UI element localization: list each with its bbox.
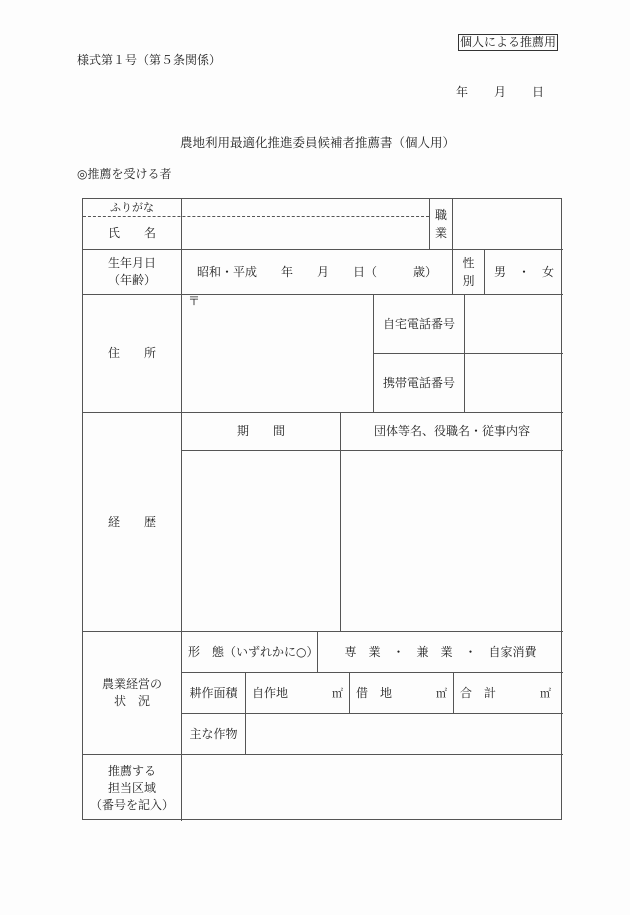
recommendation-form-table: ふりがな 氏 名 職 業 生年月日 （年齢） 昭和・平成 年 月 日（ 歳） 性…	[82, 198, 562, 820]
region-label: 推薦する 担当区域 （番号を記入）	[83, 755, 181, 821]
sex-field[interactable]: 男 ・ 女	[485, 250, 563, 294]
period-field[interactable]	[182, 451, 340, 631]
date-year: 年	[456, 83, 468, 100]
address-field[interactable]: 〒	[182, 295, 373, 412]
total-area-label: 合 計	[460, 685, 496, 702]
form-type-badge: 個人による推薦用	[458, 34, 558, 51]
home-phone-field[interactable]	[465, 295, 563, 353]
organization-header: 団体等名、役職名・従事内容	[341, 413, 563, 450]
farm-status-label: 農業経営の 状 況	[83, 632, 181, 754]
own-land-unit: ㎡	[332, 685, 343, 702]
farm-type-options[interactable]: 専 業 ・ 兼 業 ・ 自家消費	[318, 632, 563, 672]
region-field[interactable]	[182, 755, 563, 821]
name-label: 氏 名	[83, 217, 181, 249]
main-crops-label: 主な作物	[182, 714, 245, 754]
date-day: 日	[532, 83, 544, 100]
mobile-phone-label: 携帯電話番号	[374, 354, 464, 412]
furigana-field[interactable]	[182, 199, 428, 216]
birth-date-field[interactable]: 昭和・平成 年 月 日（ 歳）	[182, 250, 452, 294]
form-number: 様式第１号（第５条関係）	[77, 51, 221, 68]
home-phone-label: 自宅電話番号	[374, 295, 464, 353]
date-month: 月	[494, 83, 506, 100]
own-land-label: 自作地	[252, 685, 288, 702]
address-label: 住 所	[83, 295, 181, 412]
own-land-field[interactable]: 自作地 ㎡	[246, 673, 349, 713]
total-area-unit: ㎡	[540, 685, 551, 702]
main-crops-field[interactable]	[246, 714, 563, 754]
cultivated-area-label: 耕作面積	[182, 673, 245, 713]
career-label: 経 歴	[83, 413, 181, 631]
page-title: 農地利用最適化推進委員候補者推薦書（個人用）	[180, 133, 455, 151]
period-header: 期 間	[182, 413, 340, 450]
total-area-field[interactable]: 合 計 ㎡	[454, 673, 563, 713]
leased-land-unit: ㎡	[436, 685, 447, 702]
leased-land-label: 借 地	[356, 685, 392, 702]
leased-land-field[interactable]: 借 地 ㎡	[350, 673, 453, 713]
occupation-label: 職 業	[430, 199, 452, 249]
occupation-field[interactable]	[453, 199, 563, 249]
name-field[interactable]	[182, 217, 428, 249]
postal-mark: 〒	[188, 295, 200, 308]
sex-label: 性 別	[453, 250, 484, 294]
farm-type-label: 形 態（いずれかに○）	[182, 632, 317, 672]
furigana-label: ふりがな	[83, 199, 181, 216]
organization-field[interactable]	[341, 451, 563, 631]
mobile-phone-field[interactable]	[465, 354, 563, 412]
section-heading: ◎推薦を受ける者	[77, 165, 171, 182]
birth-label: 生年月日 （年齢）	[83, 250, 181, 294]
